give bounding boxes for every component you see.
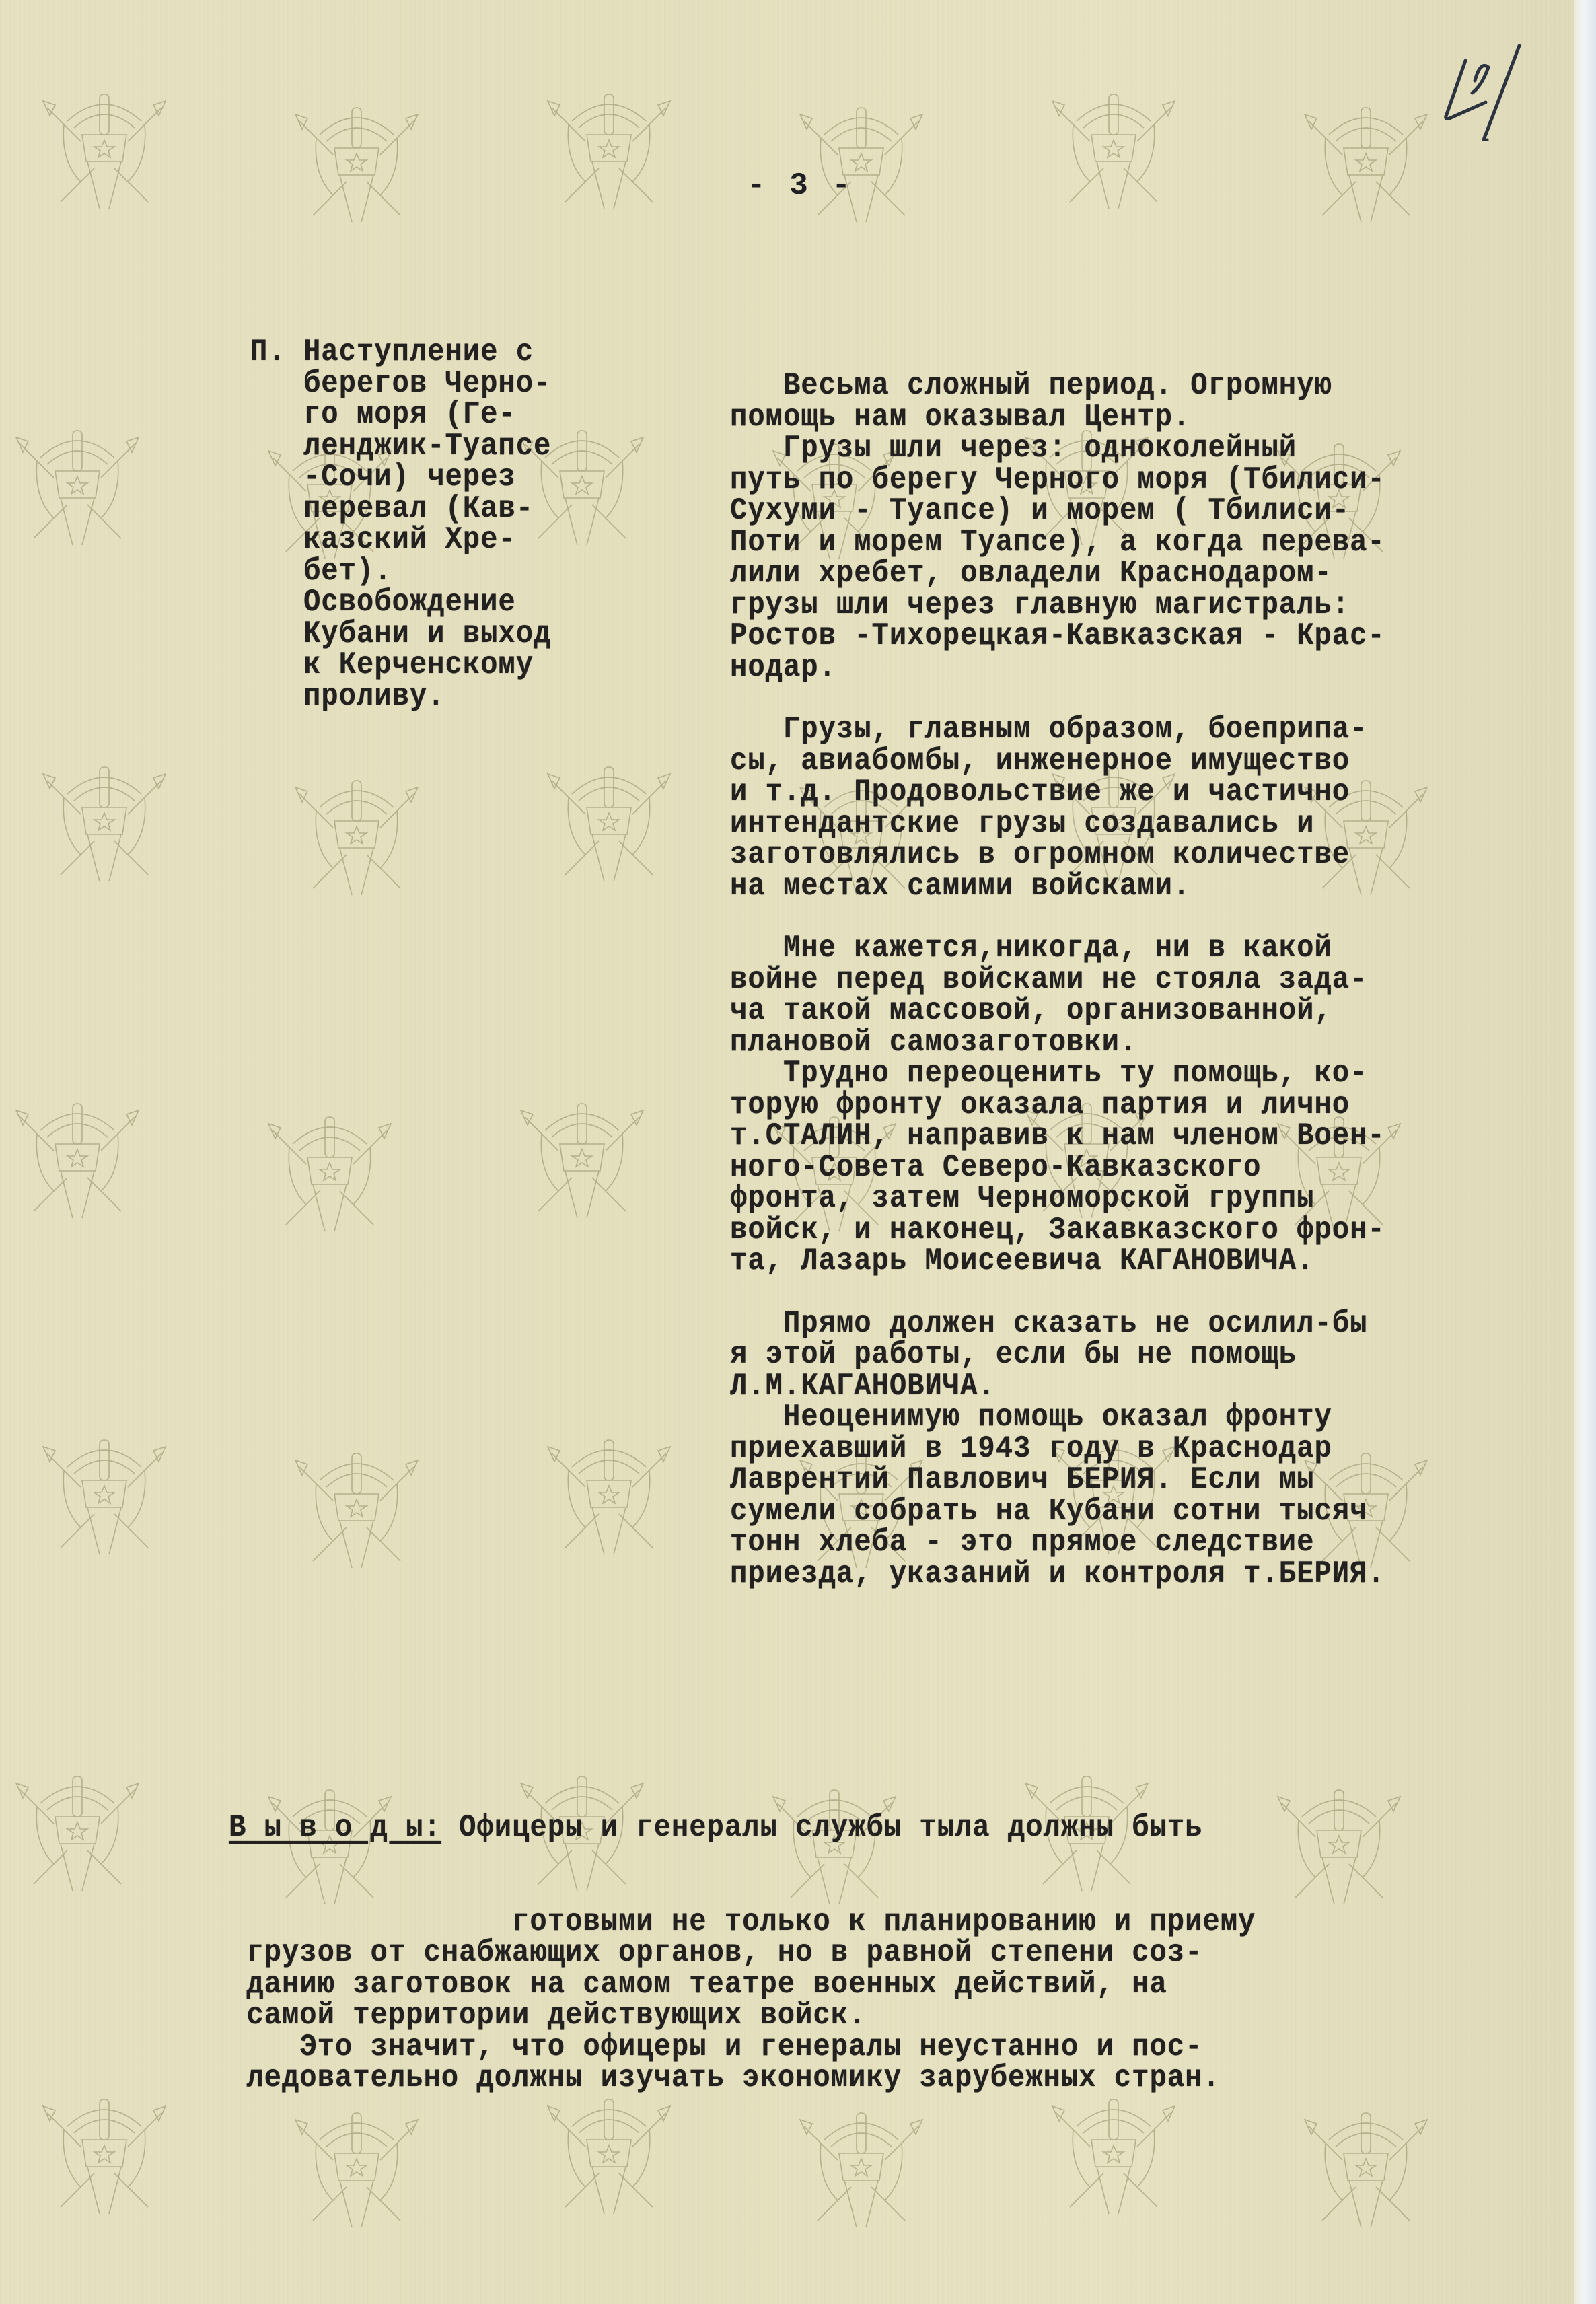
body-line: путь по берегу Черного моря (Тбилиси- (730, 464, 1385, 496)
heading-line: П. Наступление с (250, 336, 551, 368)
heading-line: Освобождение (250, 587, 551, 618)
body-line: т.СТАЛИН, направив к нам членом Воен- (730, 1120, 1385, 1152)
paragraph-gap (730, 683, 1385, 714)
conclusions-first-line: В ы в о д ы: Офицеры и генералы службы т… (229, 1812, 1256, 1844)
conclusions-line: грузов от снабжающих органов, но в равно… (229, 1937, 1256, 1969)
conclusions-line: ледовательно должны изучать экономику за… (229, 2062, 1256, 2094)
body-line: Ростов -Тихорецкая-Кавказская - Крас- (730, 620, 1385, 652)
conclusions-line: готовыми не только к планированию и прие… (229, 1906, 1256, 1938)
body-line: помощь нам оказывал Центр. (730, 402, 1385, 433)
body-line: Прямо должен сказать не осилил-бы (730, 1308, 1385, 1340)
conclusions-line: Это значит, что офицеры и генералы неуст… (229, 2031, 1256, 2063)
heading-line: к Керченскому (250, 649, 551, 681)
conclusions-first-line-text: Офицеры и генералы службы тыла должны бы… (441, 1810, 1203, 1845)
body-line: лили хребет, овладели Краснодаром- (730, 558, 1385, 589)
body-line: нодар. (730, 652, 1385, 684)
body-paragraph: Мне кажется,никогда, ни в какойвойне пер… (730, 933, 1385, 1277)
heading-line: Кубани и выход (250, 618, 551, 650)
body-line: Весьма сложный период. Огромную (730, 370, 1385, 402)
heading-line: казский Хре- (250, 524, 551, 556)
body-line: войск, и наконец, Закавказского фрон- (730, 1215, 1385, 1246)
heading-line: ленджик-Туапсе (250, 431, 551, 462)
body-line: фронта, затем Черноморской группы (730, 1183, 1385, 1215)
body-line: интендантские грузы создавались и (730, 808, 1385, 840)
body-line: ча такой массовой, организованной, (730, 995, 1385, 1027)
folio-stroke-icon (1440, 13, 1534, 141)
heading-line: перевал (Кав- (250, 493, 551, 525)
page-number: - 3 - (747, 168, 853, 203)
paragraph-gap (730, 902, 1385, 933)
body-line: Сухуми - Туапсе) и морем ( Тбилиси- (730, 495, 1385, 527)
conclusions-label: В ы в о д ы: (229, 1810, 441, 1845)
body-line: Л.М.КАГАНОВИЧА. (730, 1371, 1385, 1402)
body-line: Поти и морем Туапсе), а когда перева- (730, 527, 1385, 559)
body-line: торую фронту оказала партия и лично (730, 1089, 1385, 1121)
conclusions-block: В ы в о д ы: Офицеры и генералы службы т… (229, 1750, 1256, 2125)
conclusions-line: самой территории действующих войск. (229, 2000, 1256, 2031)
body-line: и т.д. Продовольствие же и частично (730, 777, 1385, 808)
body-line: войне перед войсками не стояла зада- (730, 964, 1385, 996)
heading-line: берегов Черно- (250, 368, 551, 400)
body-line: Грузы шли через: одноколейный (730, 433, 1385, 464)
scan-edge (1574, 0, 1596, 2304)
handwritten-folio-number (1440, 13, 1534, 141)
body-line: сумели собрать на Кубани сотни тысяч (730, 1496, 1385, 1527)
heading-line: бет). (250, 556, 551, 587)
body-line: ного-Совета Северо-Кавказского (730, 1152, 1385, 1184)
body-line: заготовлялись в огромном количестве (730, 839, 1385, 871)
body-line: приехавший в 1943 году в Краснодар (730, 1433, 1385, 1465)
body-line: Лаврентий Павлович БЕРИЯ. Если мы (730, 1464, 1385, 1496)
body-line: Мне кажется,никогда, ни в какой (730, 933, 1385, 964)
conclusions-lines: готовыми не только к планированию и прие… (229, 1906, 1256, 2094)
section-body: Весьма сложный период. Огромнуюпомощь на… (730, 370, 1385, 1589)
section-heading: П. Наступление с берегов Черно- го моря … (250, 336, 551, 712)
body-line: Грузы, главным образом, боеприпа- (730, 714, 1385, 746)
body-line: плановой самозаготовки. (730, 1027, 1385, 1058)
body-line: та, Лазарь Моисеевича КАГАНОВИЧА. (730, 1246, 1385, 1277)
heading-line: -Сочи) через (250, 462, 551, 493)
body-line: приезда, указаний и контроля т.БЕРИЯ. (730, 1558, 1385, 1590)
body-paragraph: Грузы, главным образом, боеприпа-сы, ави… (730, 714, 1385, 902)
body-line: на местах самими войсками. (730, 871, 1385, 902)
body-line: Трудно переоценить ту помощь, ко- (730, 1058, 1385, 1089)
body-line: грузы шли через главную магистраль: (730, 589, 1385, 621)
body-line: Неоценимую помощь оказал фронту (730, 1402, 1385, 1433)
heading-line: проливу. (250, 681, 551, 713)
body-paragraph: Весьма сложный период. Огромнуюпомощь на… (730, 370, 1385, 683)
heading-line: го моря (Ге- (250, 399, 551, 431)
body-paragraph: Прямо должен сказать не осилил-быя этой … (730, 1308, 1385, 1590)
body-line: тонн хлеба - это прямое следствие (730, 1527, 1385, 1558)
paragraph-gap (730, 1277, 1385, 1308)
conclusions-line: данию заготовок на самом театре военных … (229, 1969, 1256, 2001)
body-line: сы, авиабомбы, инженерное имущество (730, 746, 1385, 777)
body-line: я этой работы, если бы не помощь (730, 1339, 1385, 1371)
